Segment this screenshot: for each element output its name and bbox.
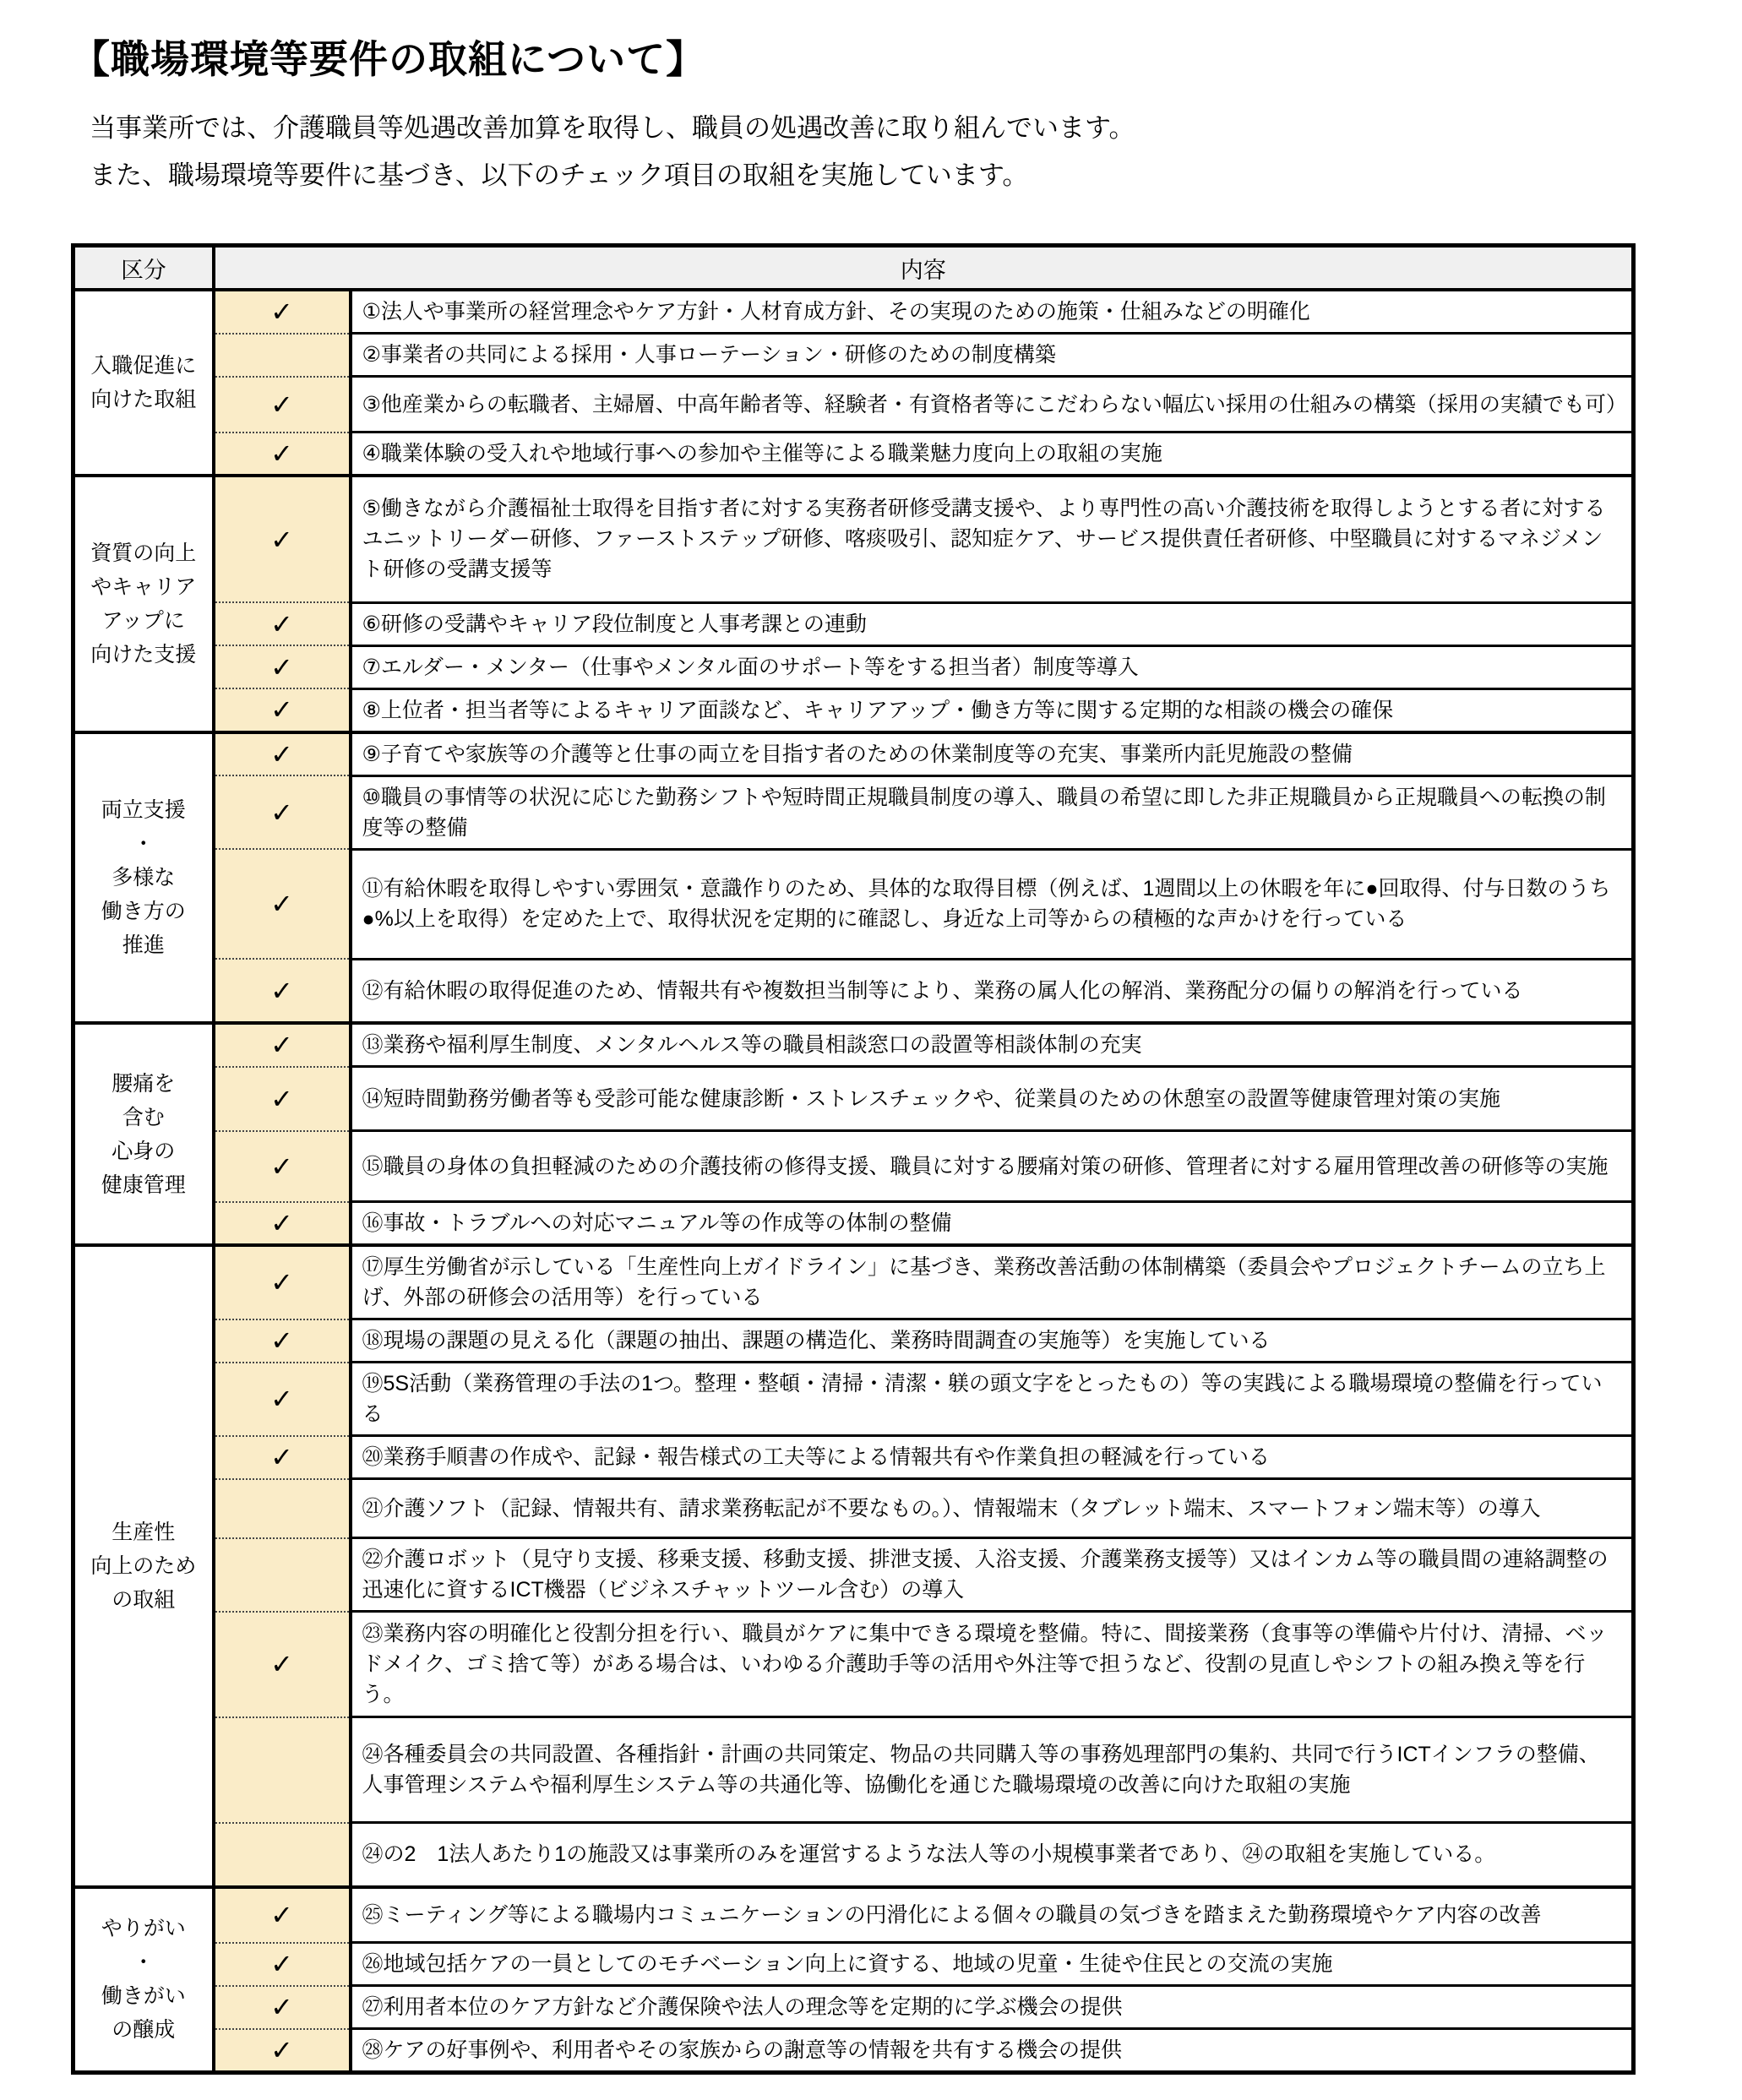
intro-line-1: 当事業所では、介護職員等処遇改善加算を取得し、職員の処遇改善に取り組んでいます。 xyxy=(90,110,1671,147)
table-row: ✓ ㉓業務内容の明確化と役割分担を行い、職員がケアに集中できる環境を整備。特に、… xyxy=(73,1612,1634,1717)
content-cell: ⑫有給休暇の取得促進のため、情報共有や複数担当制等により、業務の属人化の解消、業… xyxy=(351,959,1634,1023)
content-cell: ⑳業務手順書の作成や、記録・報告様式の工夫等による情報共有や作業負担の軽減を行っ… xyxy=(351,1436,1634,1479)
content-cell: ④職業体験の受入れや地域行事への参加や主催等による職業魅力度向上の取組の実施 xyxy=(351,433,1634,476)
check-cell: ✓ xyxy=(214,1023,351,1067)
check-cell: ✓ xyxy=(214,645,351,688)
check-cell: ✓ xyxy=(214,290,351,334)
check-cell: ✓ xyxy=(214,1319,351,1363)
category-cell: やりがい ・ 働きがい の醸成 xyxy=(73,1887,214,2073)
content-cell: ㉑介護ソフト（記録、情報共有、請求業務転記が不要なもの。）、情報端末（タブレット… xyxy=(351,1479,1634,1538)
check-cell: ✓ xyxy=(214,849,351,959)
category-cell: 生産性 向上のため の取組 xyxy=(73,1245,214,1887)
check-cell: ✓ xyxy=(214,377,351,433)
content-cell: ⑰厚生労働省が示している「生産性向上ガイドライン」に基づき、業務改善活動の体制構… xyxy=(351,1245,1634,1319)
check-cell: ✓ xyxy=(214,1887,351,1943)
content-cell: ③他産業からの転職者、主婦層、中高年齢者等、経験者・有資格者等にこだわらない幅広… xyxy=(351,377,1634,433)
check-cell: ✓ xyxy=(214,1245,351,1319)
category-cell: 資質の向上 やキャリア アップに 向けた支援 xyxy=(73,476,214,732)
table-row: ㉑介護ソフト（記録、情報共有、請求業務転記が不要なもの。）、情報端末（タブレット… xyxy=(73,1479,1634,1538)
content-cell: ⑬業務や福利厚生制度、メンタルヘルス等の職員相談窓口の設置等相談体制の充実 xyxy=(351,1023,1634,1067)
table-row: ✓ ⑳業務手順書の作成や、記録・報告様式の工夫等による情報共有や作業負担の軽減を… xyxy=(73,1436,1634,1479)
content-cell: ⑭短時間勤務労働者等も受診可能な健康診断・ストレスチェックや、従業員のための休憩… xyxy=(351,1067,1634,1131)
check-cell: ✓ xyxy=(214,1943,351,1986)
table-row: ✓ ⑦エルダー・メンター（仕事やメンタル面のサポート等をする担当者）制度等導入 xyxy=(73,645,1634,688)
content-cell: ⑮職員の身体の負担軽減のための介護技術の修得支援、職員に対する腰痛対策の研修、管… xyxy=(351,1131,1634,1202)
category-cell: 腰痛を 含む 心身の 健康管理 xyxy=(73,1023,214,1245)
content-cell: ⑦エルダー・メンター（仕事やメンタル面のサポート等をする担当者）制度等導入 xyxy=(351,645,1634,688)
check-cell xyxy=(214,1717,351,1823)
table-row: 腰痛を 含む 心身の 健康管理 ✓ ⑬業務や福利厚生制度、メンタルヘルス等の職員… xyxy=(73,1023,1634,1067)
table-row: やりがい ・ 働きがい の醸成 ✓ ㉕ミーティング等による職場内コミュニケーショ… xyxy=(73,1887,1634,1943)
intro-block: 当事業所では、介護職員等処遇改善加算を取得し、職員の処遇改善に取り組んでいます。… xyxy=(71,110,1671,194)
column-header-category: 区分 xyxy=(73,246,214,291)
table-row: ✓ ⑯事故・トラブルへの対応マニュアル等の作成等の体制の整備 xyxy=(73,1202,1634,1246)
check-cell: ✓ xyxy=(214,688,351,732)
table-row: ✓ ④職業体験の受入れや地域行事への参加や主催等による職業魅力度向上の取組の実施 xyxy=(73,433,1634,476)
content-cell: ⑩職員の事情等の状況に応じた勤務シフトや短時間正規職員制度の導入、職員の希望に即… xyxy=(351,775,1634,849)
table-row: 両立支援 ・ 多様な 働き方の 推進 ✓ ⑨子育てや家族等の介護等と仕事の両立を… xyxy=(73,732,1634,776)
content-cell: ⑧上位者・担当者等によるキャリア面談など、キャリアアップ・働き方等に関する定期的… xyxy=(351,688,1634,732)
content-cell: ㉕ミーティング等による職場内コミュニケーションの円滑化による個々の職員の気づきを… xyxy=(351,1887,1634,1943)
content-cell: ㉔各種委員会の共同設置、各種指針・計画の共同策定、物品の共同購入等の事務処理部門… xyxy=(351,1717,1634,1823)
content-cell: ㉖地域包括ケアの一員としてのモチベーション向上に資する、地域の児童・生徒や住民と… xyxy=(351,1943,1634,1986)
category-cell: 入職促進に 向けた取組 xyxy=(73,290,214,476)
table-row: 生産性 向上のため の取組 ✓ ⑰厚生労働省が示している「生産性向上ガイドライン… xyxy=(73,1245,1634,1319)
table-row: ✓ ㉖地域包括ケアの一員としてのモチベーション向上に資する、地域の児童・生徒や住… xyxy=(73,1943,1634,1986)
table-row: ✓ ⑲5S活動（業務管理の手法の1つ。整理・整頓・清掃・清潔・躾の頭文字をとった… xyxy=(73,1363,1634,1436)
check-cell: ✓ xyxy=(214,1612,351,1717)
table-row: ㉔の2 1法人あたり1の施設又は事業所のみを運営するような法人等の小規模事業者で… xyxy=(73,1823,1634,1887)
check-cell: ✓ xyxy=(214,1067,351,1131)
check-cell: ✓ xyxy=(214,1363,351,1436)
content-cell: ⑯事故・トラブルへの対応マニュアル等の作成等の体制の整備 xyxy=(351,1202,1634,1246)
table-row: ✓ ⑧上位者・担当者等によるキャリア面談など、キャリアアップ・働き方等に関する定… xyxy=(73,688,1634,732)
table-row: ✓ ③他産業からの転職者、主婦層、中高年齢者等、経験者・有資格者等にこだわらない… xyxy=(73,377,1634,433)
document-page: 【職場環境等要件の取組について】 当事業所では、介護職員等処遇改善加算を取得し、… xyxy=(0,0,1742,2100)
content-cell: ⑥研修の受講やキャリア段位制度と人事考課との連動 xyxy=(351,602,1634,645)
content-cell: ㉘ケアの好事例や、利用者やその家族からの謝意等の情報を共有する機会の提供 xyxy=(351,2029,1634,2073)
table-row: 資質の向上 やキャリア アップに 向けた支援 ✓ ⑤働きながら介護福祉士取得を目… xyxy=(73,476,1634,602)
page-title: 【職場環境等要件の取組について】 xyxy=(71,29,1671,84)
category-cell: 両立支援 ・ 多様な 働き方の 推進 xyxy=(73,732,214,1024)
content-cell: ⑪有給休暇を取得しやすい雰囲気・意識作りのため、具体的な取得目標（例えば、1週間… xyxy=(351,849,1634,959)
check-cell: ✓ xyxy=(214,1986,351,2029)
table-row: ✓ ㉗利用者本位のケア方針など介護保険や法人の理念等を定期的に学ぶ機会の提供 xyxy=(73,1986,1634,2029)
column-header-content: 内容 xyxy=(214,246,1634,291)
requirements-table: 区分 内容 入職促進に 向けた取組 ✓ ①法人や事業所の経営理念やケア方針・人材… xyxy=(71,243,1636,2075)
table-row: ✓ ㉘ケアの好事例や、利用者やその家族からの謝意等の情報を共有する機会の提供 xyxy=(73,2029,1634,2073)
intro-line-2: また、職場環境等要件に基づき、以下のチェック項目の取組を実施しています。 xyxy=(90,157,1671,194)
check-cell: ✓ xyxy=(214,959,351,1023)
content-cell: ㉗利用者本位のケア方針など介護保険や法人の理念等を定期的に学ぶ機会の提供 xyxy=(351,1986,1634,2029)
check-cell: ✓ xyxy=(214,1202,351,1246)
table-row: ✓ ⑪有給休暇を取得しやすい雰囲気・意識作りのため、具体的な取得目標（例えば、1… xyxy=(73,849,1634,959)
check-cell xyxy=(214,1823,351,1887)
table-row: ✓ ⑭短時間勤務労働者等も受診可能な健康診断・ストレスチェックや、従業員のための… xyxy=(73,1067,1634,1131)
check-cell: ✓ xyxy=(214,1131,351,1202)
check-cell xyxy=(214,1479,351,1538)
content-cell: ⑲5S活動（業務管理の手法の1つ。整理・整頓・清掃・清潔・躾の頭文字をとったもの… xyxy=(351,1363,1634,1436)
table-row: ②事業者の共同による採用・人事ローテーション・研修のための制度構築 xyxy=(73,334,1634,377)
content-cell: ㉓業務内容の明確化と役割分担を行い、職員がケアに集中できる環境を整備。特に、間接… xyxy=(351,1612,1634,1717)
table-row: ✓ ⑩職員の事情等の状況に応じた勤務シフトや短時間正規職員制度の導入、職員の希望… xyxy=(73,775,1634,849)
check-cell xyxy=(214,334,351,377)
check-cell: ✓ xyxy=(214,775,351,849)
check-cell: ✓ xyxy=(214,602,351,645)
check-cell: ✓ xyxy=(214,2029,351,2073)
table-row: 入職促進に 向けた取組 ✓ ①法人や事業所の経営理念やケア方針・人材育成方針、そ… xyxy=(73,290,1634,334)
table-row: ㉒介護ロボット（見守り支援、移乗支援、移動支援、排泄支援、入浴支援、介護業務支援… xyxy=(73,1538,1634,1612)
check-cell xyxy=(214,1538,351,1612)
table-row: ✓ ⑫有給休暇の取得促進のため、情報共有や複数担当制等により、業務の属人化の解消… xyxy=(73,959,1634,1023)
content-cell: ⑨子育てや家族等の介護等と仕事の両立を目指す者のための休業制度等の充実、事業所内… xyxy=(351,732,1634,776)
content-cell: ㉒介護ロボット（見守り支援、移乗支援、移動支援、排泄支援、入浴支援、介護業務支援… xyxy=(351,1538,1634,1612)
check-cell: ✓ xyxy=(214,476,351,602)
table-row: ✓ ⑥研修の受講やキャリア段位制度と人事考課との連動 xyxy=(73,602,1634,645)
table-row: ✓ ⑱現場の課題の見える化（課題の抽出、課題の構造化、業務時間調査の実施等）を実… xyxy=(73,1319,1634,1363)
content-cell: ㉔の2 1法人あたり1の施設又は事業所のみを運営するような法人等の小規模事業者で… xyxy=(351,1823,1634,1887)
table-header-row: 区分 内容 xyxy=(73,246,1634,291)
content-cell: ⑤働きながら介護福祉士取得を目指す者に対する実務者研修受講支援や、より専門性の高… xyxy=(351,476,1634,602)
check-cell: ✓ xyxy=(214,433,351,476)
table-row: ✓ ⑮職員の身体の負担軽減のための介護技術の修得支援、職員に対する腰痛対策の研修… xyxy=(73,1131,1634,1202)
content-cell: ①法人や事業所の経営理念やケア方針・人材育成方針、その実現のための施策・仕組みな… xyxy=(351,290,1634,334)
check-cell: ✓ xyxy=(214,732,351,776)
check-cell: ✓ xyxy=(214,1436,351,1479)
content-cell: ②事業者の共同による採用・人事ローテーション・研修のための制度構築 xyxy=(351,334,1634,377)
table-row: ㉔各種委員会の共同設置、各種指針・計画の共同策定、物品の共同購入等の事務処理部門… xyxy=(73,1717,1634,1823)
content-cell: ⑱現場の課題の見える化（課題の抽出、課題の構造化、業務時間調査の実施等）を実施し… xyxy=(351,1319,1634,1363)
